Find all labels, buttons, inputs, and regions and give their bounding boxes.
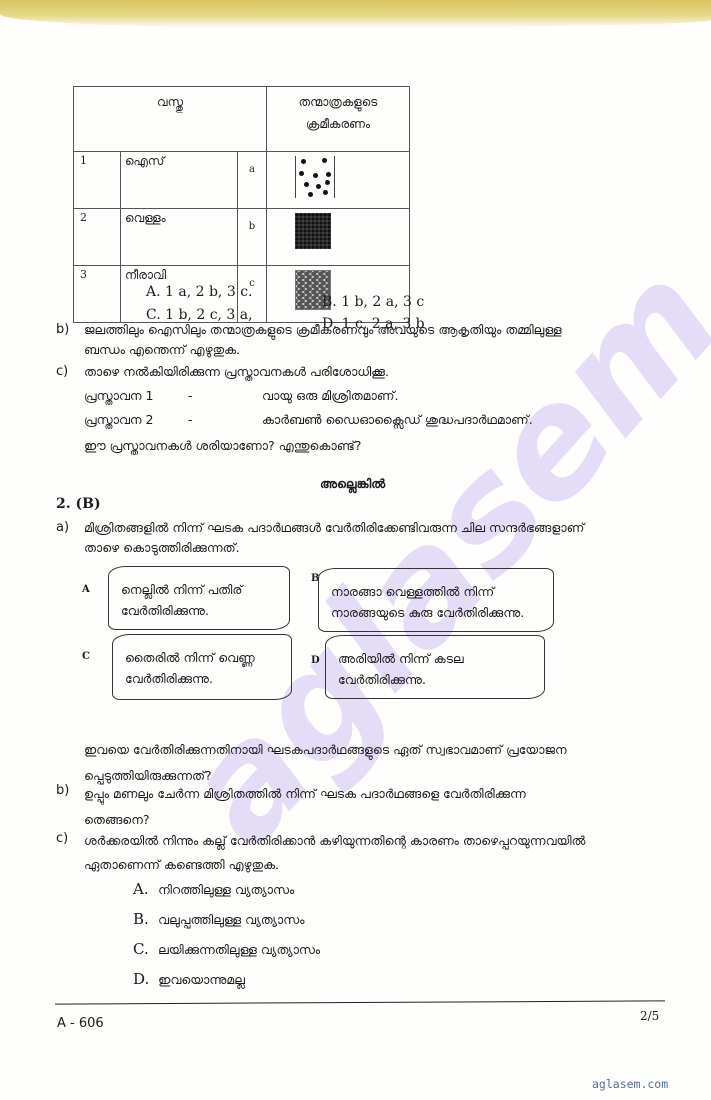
row-number: 1 [74, 152, 121, 209]
arrangement-letter: b [238, 209, 267, 266]
question-2b-c-text: ശർക്കരയിൽ നിന്നും കല്ല് വേർതിരിക്കാൻ കഴി… [84, 829, 664, 877]
text-line: താഴെ കൊടുത്തിരിക്കുന്നത്. [84, 538, 664, 558]
row-number: 3 [74, 266, 121, 323]
card-letter: A [82, 584, 90, 595]
or-divider-label: അല്ലെങ്കിൽ [320, 474, 385, 494]
statement-dash: - [188, 410, 258, 430]
answer-options: A. നിറത്തിലുള്ള വ്യത്യാസം B. വലുപ്പത്തില… [133, 874, 320, 994]
packed-particles-image [295, 213, 331, 249]
card-line: തൈരിൽ നിന്ന് വെണ്ണ [125, 647, 279, 668]
text-line: താഴെ നൽകിയിരിക്കുന്ന പ്രസ്താവനകൾ പരിശോധി… [84, 362, 654, 382]
question-label-b: b) [56, 322, 69, 337]
question-label-c: c) [56, 364, 68, 379]
scenario-card-c: തൈരിൽ നിന്ന് വെണ്ണ വേർതിരിക്കുന്നു. [112, 634, 292, 700]
statement-text: കാർബൺ ഡൈഓക്സൈഡ് ശുദ്ധപദാർഥമാണ്. [262, 412, 533, 427]
question-2b-a-text: മിശ്രിതങ്ങളിൽ നിന്ന് ഘടക പദാർഥങ്ങൾ വേർതി… [84, 518, 664, 558]
table-header-arrangement: തന്മാത്രകളുടെ ക്രമീകരണം [267, 87, 410, 152]
sparse-particles-image [295, 156, 335, 198]
footer-divider [55, 1000, 665, 1004]
arrangement-letter: a [238, 152, 267, 209]
scan-edge-strip [0, 0, 711, 28]
match-option-a: A. 1 a, 2 b, 3 c. [146, 284, 252, 300]
card-line: നാരങ്ങയുടെ കുരു വേർതിരിക്കുന്നു. [331, 602, 541, 623]
question-label-c: c) [56, 831, 68, 846]
text-line: ശർക്കരയിൽ നിന്നും കല്ല് വേർതിരിക്കാൻ കഴി… [84, 829, 664, 853]
question-2b-b-text: ഉപ്പും മണലും ചേർന്ന മിശ്രിതത്തിൽ നിന്ന് … [84, 781, 664, 833]
question-label-a: a) [56, 520, 69, 535]
answer-option-a: A. നിറത്തിലുള്ള വ്യത്യാസം [133, 874, 320, 904]
table-row: 1 ഐസ് a [74, 152, 410, 209]
card-line: നാരങ്ങാ വെള്ളത്തിൽ നിന്ന് [331, 581, 541, 602]
statement-text: വായു ഒരു മിശ്രിതമാണ്. [262, 388, 399, 403]
card-line: അരിയിൽ നിന്ന് കടല [338, 648, 532, 669]
statement-dash: - [188, 386, 258, 406]
substance-name: ഐസ് [121, 152, 238, 209]
match-option-b: B. 1 b, 2 a, 3 c [322, 294, 424, 310]
answer-option-d: D. ഇവയൊന്നുമല്ല [133, 964, 320, 994]
statement-label: പ്രസ്താവന 1 [84, 386, 184, 406]
card-line: വേർതിരിക്കുന്നു. [125, 668, 279, 689]
statement-2: പ്രസ്താവന 2 - കാർബൺ ഡൈഓക്സൈഡ് ശുദ്ധപദാർഥ… [84, 410, 533, 430]
substance-name: വെള്ളം [121, 209, 238, 266]
row-number: 2 [74, 209, 121, 266]
paper-code: A - 606 [57, 1016, 104, 1031]
answer-option-c: C. ലയിക്കുന്നതിലുള്ള വ്യത്യാസം [133, 934, 320, 964]
text-line: ഇവയെ വേർതിരിക്കുന്നതിനായി ഘടകപദാർഥങ്ങളുട… [84, 737, 664, 763]
text-line: ജലത്തിലും ഐസിലും തന്മാത്രകളുടെ ക്രമീകരണവ… [84, 320, 654, 340]
site-watermark-link[interactable]: aglasem.com [592, 1077, 668, 1091]
card-line: വേർതിരിക്കുന്നു. [338, 669, 532, 690]
card-letter: C [82, 651, 90, 662]
question-number: 2. (B) [56, 496, 101, 512]
question-b-text: ജലത്തിലും ഐസിലും തന്മാത്രകളുടെ ക്രമീകരണവ… [84, 320, 654, 360]
card-line: വേർതിരിക്കുന്നു. [121, 600, 277, 621]
arrangement-picture [267, 209, 410, 266]
table-header-substance: വസ്തു [74, 87, 267, 152]
text-line: ബന്ധം എന്തെന്ന് എഴുതുക. [84, 340, 654, 360]
statement-label: പ്രസ്താവന 2 [84, 410, 184, 430]
table-row: 2 വെള്ളം b [74, 209, 410, 266]
question-label-b: b) [56, 783, 69, 798]
scenario-card-a: നെല്ലിൽ നിന്ന് പതിര് വേർതിരിക്കുന്നു. [108, 566, 290, 630]
question-c-ask: ഈ പ്രസ്താവനകൾ ശരിയാണോ? എന്തുകൊണ്ട്? [84, 436, 361, 456]
text-line: ഉപ്പും മണലും ചേർന്ന മിശ്രിതത്തിൽ നിന്ന് … [84, 781, 664, 807]
card-letter: D [311, 655, 320, 666]
statement-1: പ്രസ്താവന 1 - വായു ഒരു മിശ്രിതമാണ്. [84, 386, 398, 406]
page-number: 2/5 [640, 1009, 659, 1023]
text-line: മിശ്രിതങ്ങളിൽ നിന്ന് ഘടക പദാർഥങ്ങൾ വേർതി… [84, 518, 664, 538]
answer-option-b: B. വലുപ്പത്തിലുള്ള വ്യത്യാസം [133, 904, 320, 934]
scenario-card-b: നാരങ്ങാ വെള്ളത്തിൽ നിന്ന് നാരങ്ങയുടെ കുര… [318, 568, 554, 632]
arrangement-picture [267, 152, 410, 209]
scenario-card-d: അരിയിൽ നിന്ന് കടല വേർതിരിക്കുന്നു. [325, 635, 545, 699]
question-c-text: താഴെ നൽകിയിരിക്കുന്ന പ്രസ്താവനകൾ പരിശോധി… [84, 362, 654, 382]
card-line: നെല്ലിൽ നിന്ന് പതിര് [121, 579, 277, 600]
